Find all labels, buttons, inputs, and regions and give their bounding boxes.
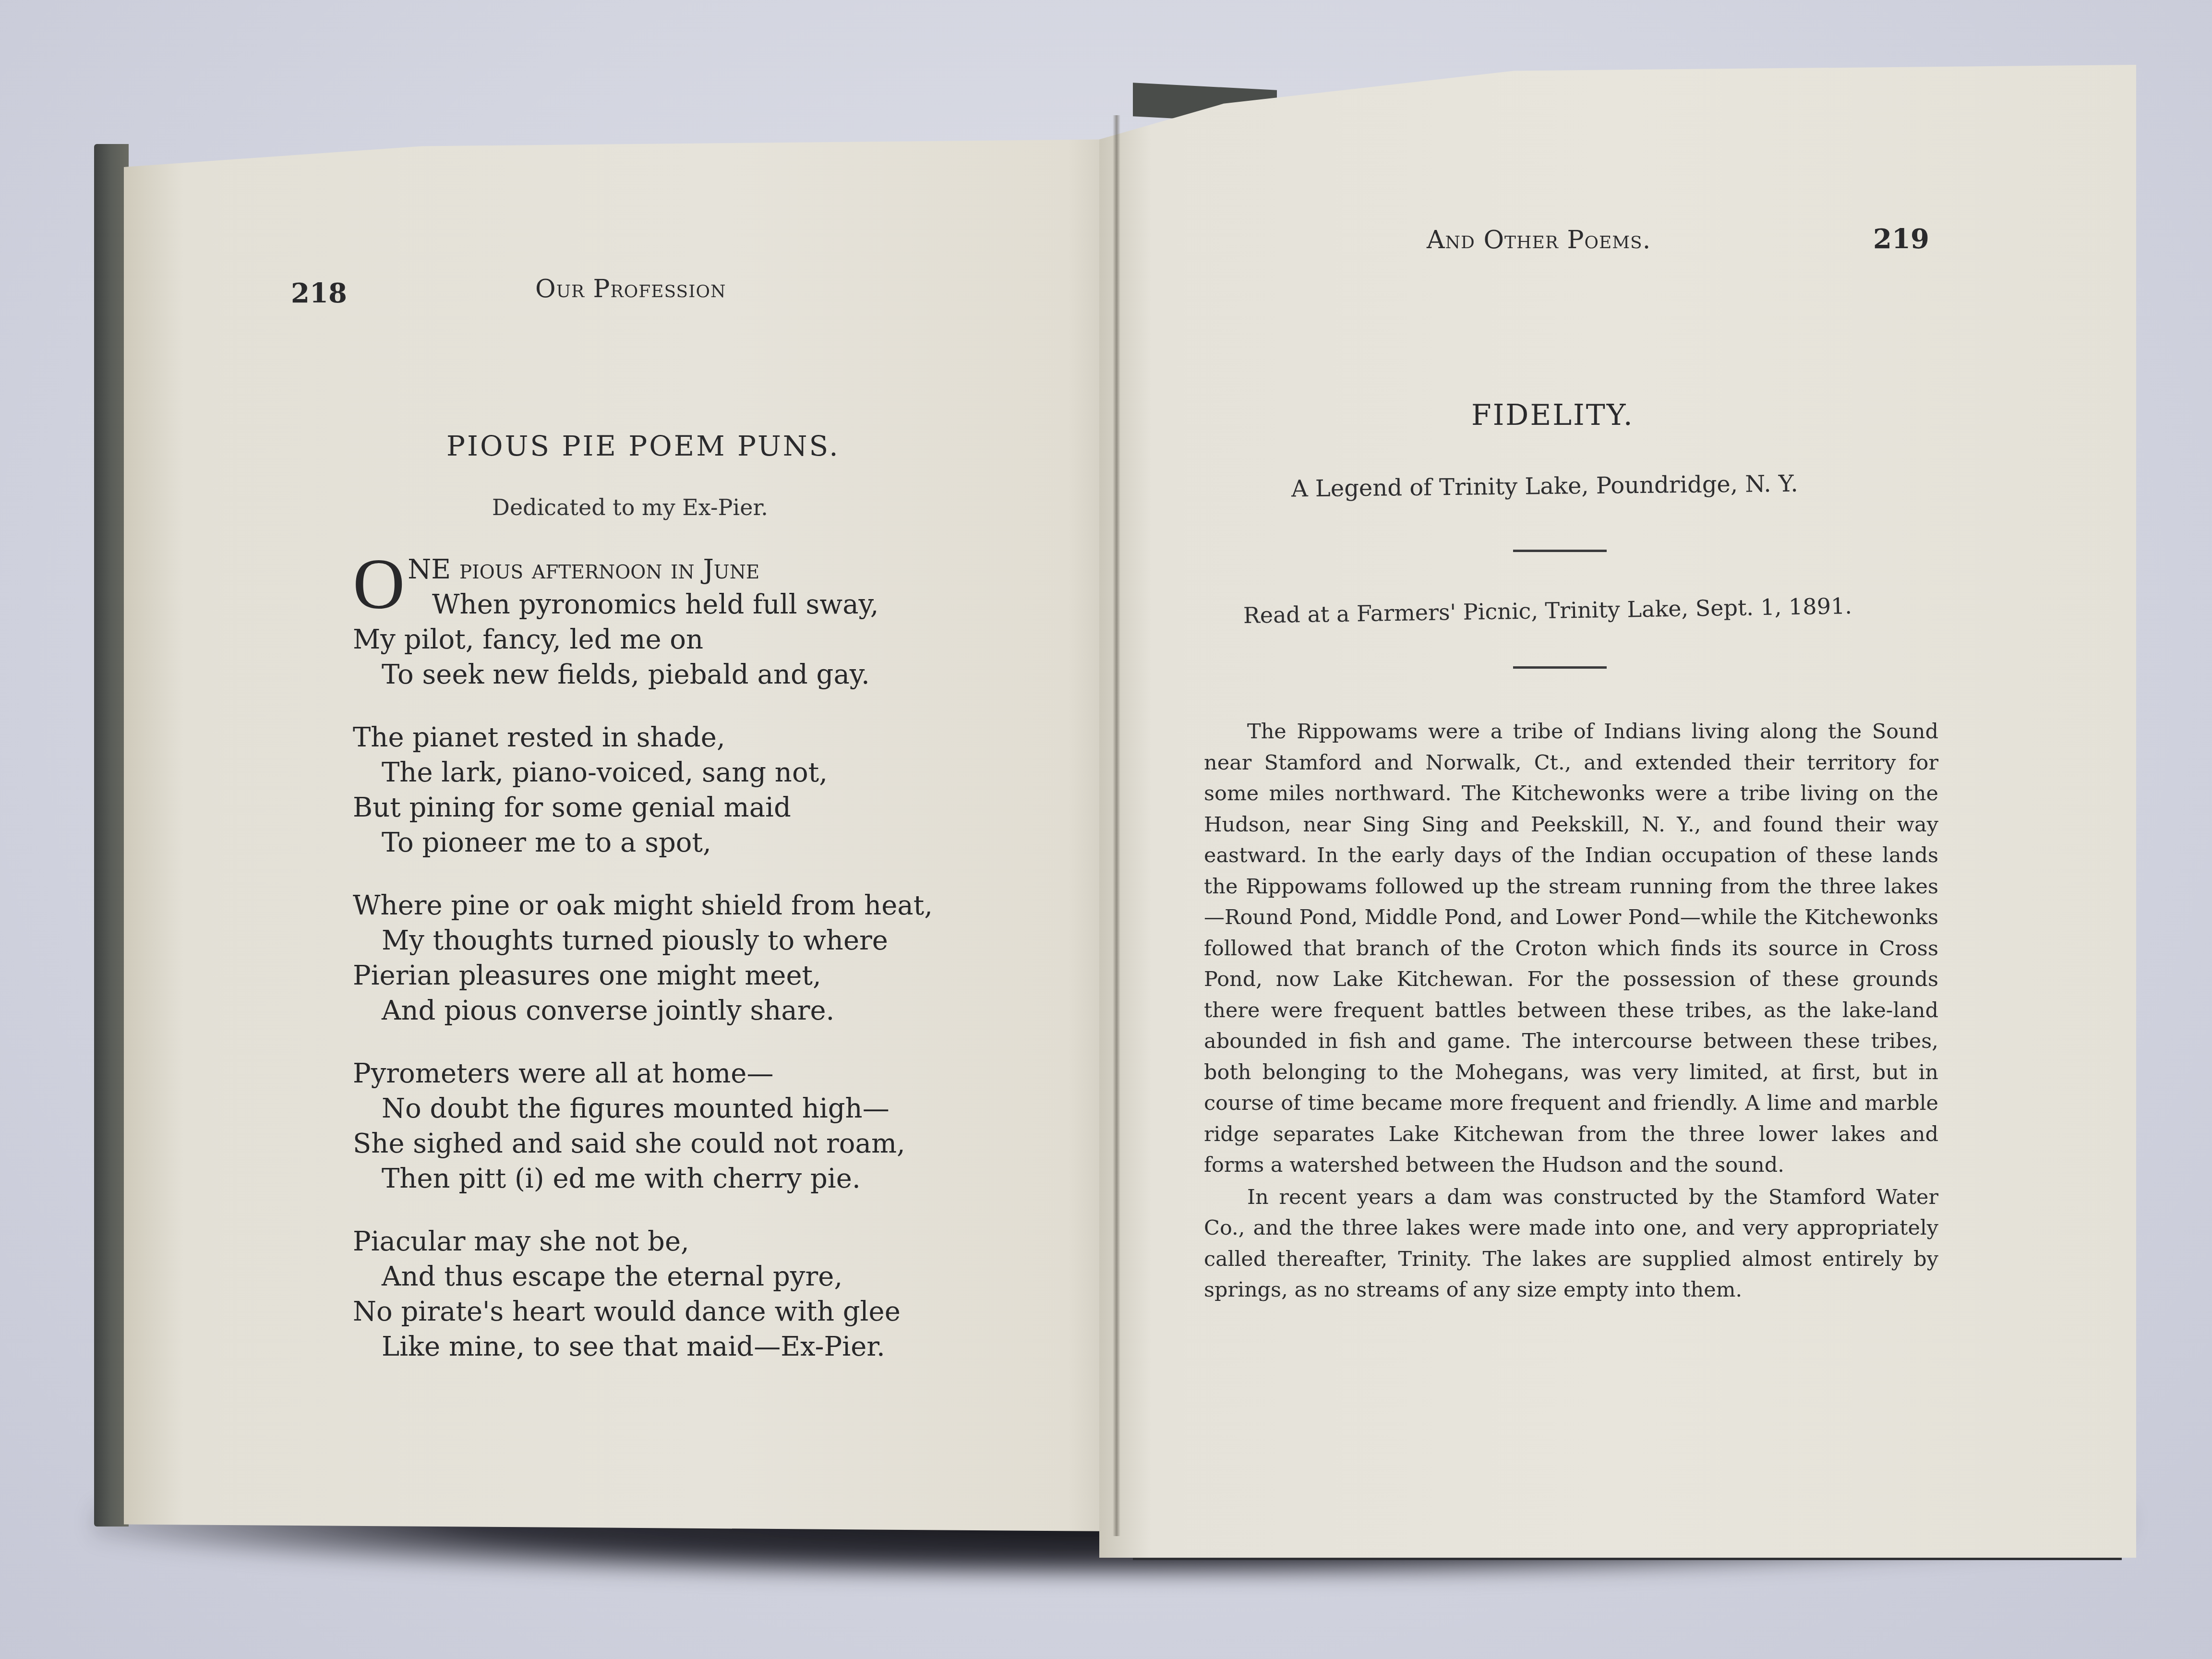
left-page-number: 218 — [291, 277, 347, 309]
poem-stanza: The pianet rested in shade, The lark, pi… — [353, 720, 953, 860]
poem-line: Pyrometers were all at home— — [353, 1056, 953, 1091]
poem-line: She sighed and said she could not roam, — [353, 1126, 953, 1161]
poem-first-line-text: NE pious afternoon in June — [408, 554, 759, 585]
right-page-number: 219 — [1873, 223, 1929, 255]
section-subtitle: A Legend of Trinity Lake, Poundridge, N.… — [1291, 470, 1798, 502]
poem-line: When pyronomics held full sway, — [353, 587, 953, 622]
poem-line: My pilot, fancy, led me on — [353, 622, 953, 657]
poem-stanza: Where pine or oak might shield from heat… — [353, 888, 953, 1028]
poem-body: ONE pious afternoon in June When pyronom… — [353, 552, 953, 1392]
poem-line: No pirate's heart would dance with glee — [353, 1294, 953, 1329]
poem-line: My thoughts turned piously to where — [353, 923, 953, 958]
poem-line: But pining for some genial maid — [353, 790, 953, 825]
divider-rule — [1513, 666, 1607, 669]
poem-line: The pianet rested in shade, — [353, 720, 953, 755]
prose-paragraph: In recent years a dam was constructed by… — [1204, 1182, 1938, 1306]
poem-line: ONE pious afternoon in June — [353, 552, 953, 587]
poem-line: Pierian pleasures one might meet, — [353, 958, 953, 993]
prose-paragraph: The Rippowams were a tribe of Indians li… — [1204, 716, 1938, 1181]
poem-line: Then pitt (i) ed me with cherry pie. — [353, 1161, 953, 1196]
poem-line: The lark, piano-voiced, sang not, — [353, 755, 953, 790]
prose-body: The Rippowams were a tribe of Indians li… — [1204, 716, 1938, 1307]
poem-line: No doubt the figures mounted high— — [353, 1091, 953, 1126]
poem-line: And pious converse jointly share. — [353, 993, 953, 1028]
poem-line: Like mine, to see that maid—Ex-Pier. — [353, 1329, 953, 1364]
book-cover-left-edge — [94, 144, 129, 1527]
poem-line: And thus escape the eternal pyre, — [353, 1259, 953, 1294]
poem-stanza: ONE pious afternoon in June When pyronom… — [353, 552, 953, 692]
poem-stanza: Pyrometers were all at home— No doubt th… — [353, 1056, 953, 1196]
poem-title: PIOUS PIE POEM PUNS. — [446, 430, 840, 462]
poem-stanza: Piacular may she not be, And thus escape… — [353, 1224, 953, 1364]
poem-line: To pioneer me to a spot, — [353, 825, 953, 860]
poem-line: To seek new fields, piebald and gay. — [353, 657, 953, 692]
dropcap-letter: O — [353, 558, 405, 611]
poem-line: Where pine or oak might shield from heat… — [353, 888, 953, 923]
left-running-head: Our Profession — [535, 275, 726, 303]
book-gutter — [1113, 115, 1120, 1536]
divider-rule — [1513, 550, 1607, 552]
poem-dedication: Dedicated to my Ex-Pier. — [492, 494, 768, 520]
section-title: FIDELITY. — [1471, 398, 1634, 432]
right-running-head: And Other Poems. — [1427, 226, 1651, 254]
poem-line: Piacular may she not be, — [353, 1224, 953, 1259]
